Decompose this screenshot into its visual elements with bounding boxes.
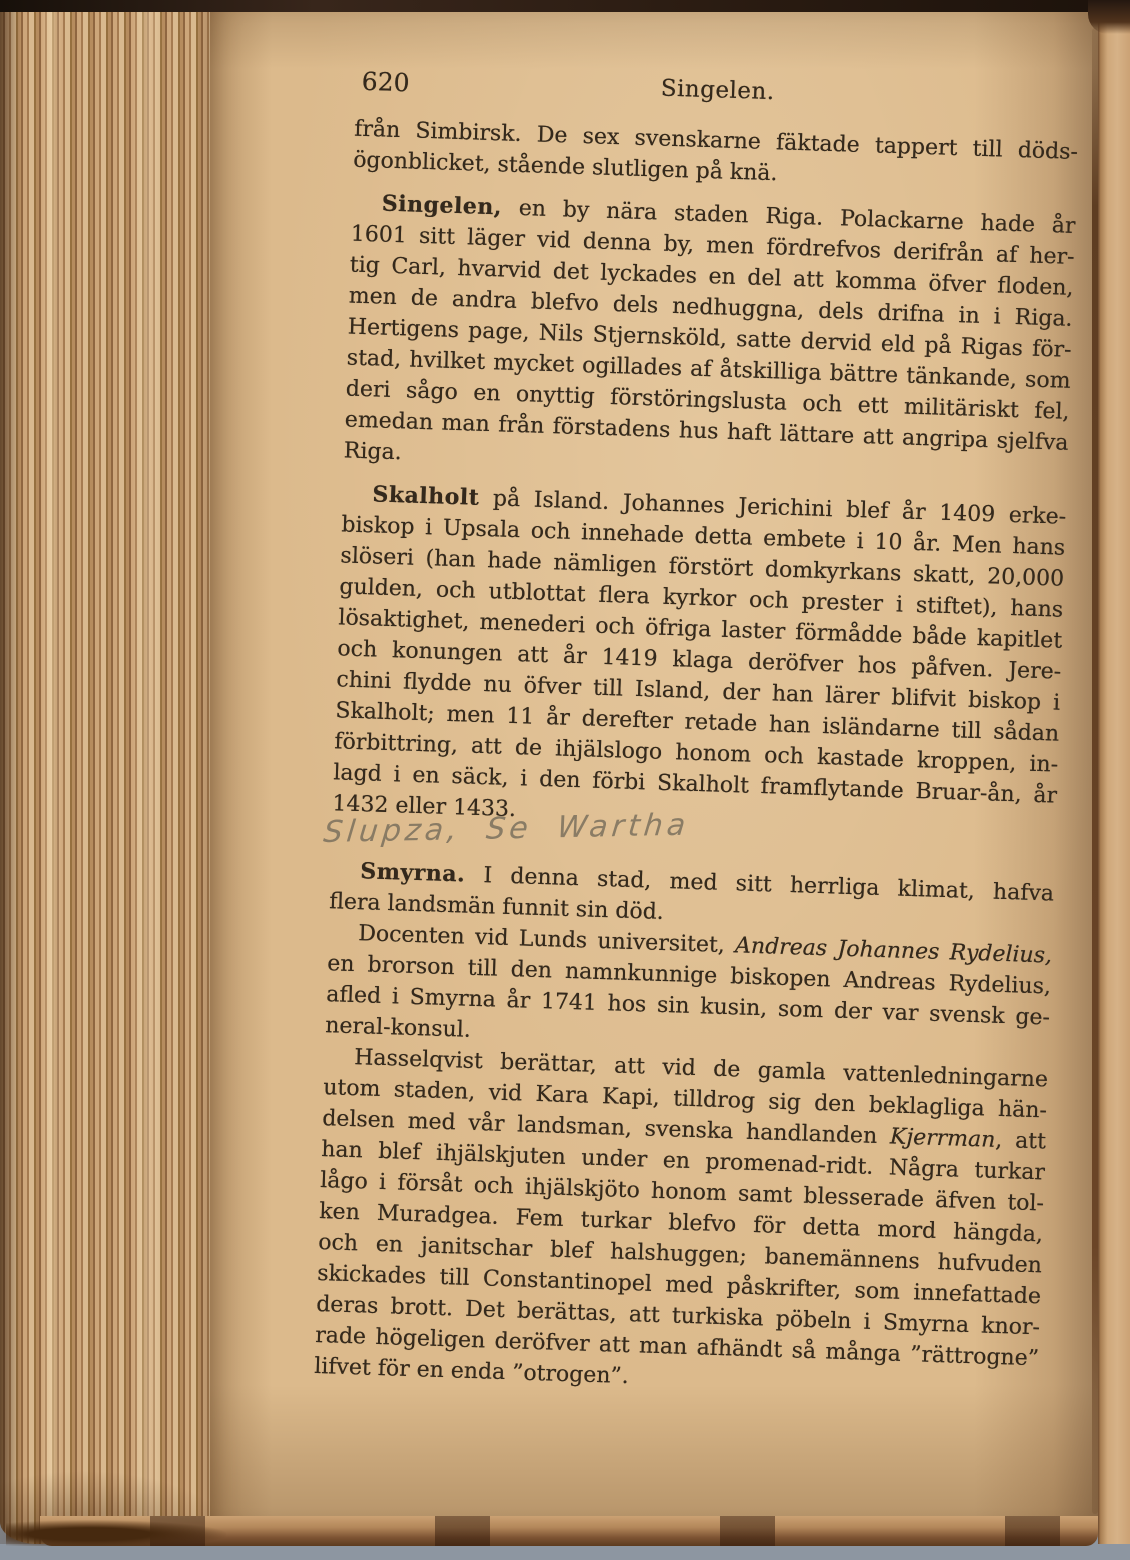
person-name-italic: Kjerrman — [890, 1124, 996, 1152]
binding-shadow — [1088, 0, 1130, 34]
para-hasselqvist: Hasselqvist berättar, att vid de gamla v… — [314, 1041, 1049, 1405]
book-page-stack-edges — [0, 4, 228, 1544]
book-scan: 620 Singelen. från Simbirsk. De sex sven… — [0, 0, 1130, 1560]
entry-singelen: Singelen, en by nära staden Riga. Polack… — [343, 188, 1076, 490]
para-rydelius: Docenten vid Lunds universitet, Andreas … — [325, 917, 1053, 1064]
text-segment: , att — [995, 1128, 1046, 1155]
entry-skalholt: Skalholt på Island. Johannes Jerichini b… — [332, 478, 1067, 842]
paragraph-simbirsk-continuation: från Simbirsk. De sex svenskarne fäktade… — [353, 114, 1079, 199]
corner-shadow — [6, 1520, 226, 1546]
entry-term: Smyrna. — [360, 858, 466, 887]
page-edge-groove — [1092, 28, 1098, 1514]
printed-text: 620 Singelen. från Simbirsk. De sex sven… — [314, 64, 1080, 1406]
entry-term: Singelen, — [381, 191, 502, 221]
page-number: 620 — [361, 66, 410, 99]
next-page-sliver — [1098, 4, 1130, 1544]
entry-term: Skalholt — [372, 481, 480, 510]
book-top-edge — [0, 0, 1130, 12]
